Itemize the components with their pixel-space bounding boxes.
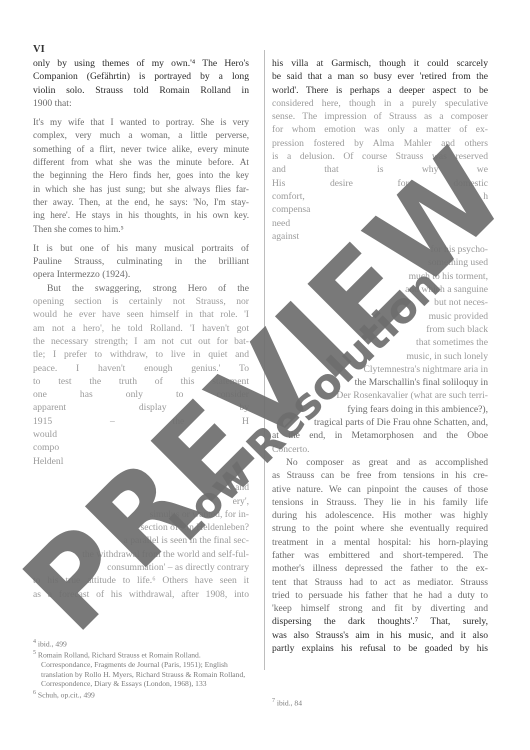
- text-line: only by using themes of my own.'⁴ The He…: [33, 57, 249, 70]
- footnote: 7 ibid., 84: [272, 697, 488, 708]
- text-line: [33, 468, 249, 481]
- text-line: and: [33, 481, 249, 494]
- text-line: tent that Strauss had to act as mediator…: [272, 576, 488, 589]
- text-line: would: [33, 428, 249, 441]
- text-line: pression fostered by Alma Mahler and oth…: [272, 137, 488, 150]
- text-line: tragical parts of Die Frau ohne Schatten…: [272, 416, 488, 429]
- left-column: only by using themes of my own.'⁴ The He…: [33, 57, 249, 601]
- text-line: for his psycho-: [272, 243, 488, 256]
- text-line: But the swaggering, strong Hero of the: [33, 282, 249, 295]
- text-line: music, in such lonely: [272, 350, 488, 363]
- text-line: the necessary strength; I am not cut out…: [33, 335, 249, 348]
- text-line: different from what she was the minute b…: [33, 156, 249, 169]
- text-line: something used: [272, 256, 488, 269]
- text-line: be said that a man so busy ever 'retired…: [272, 70, 488, 83]
- text-line: ing here'. He stays in his thoughts, in …: [33, 209, 249, 222]
- text-line: peace. I haven't enough genius.' To: [33, 362, 249, 375]
- footnote-text: ibid., 84: [275, 699, 302, 708]
- text-line: world'. There is perhaps a deeper aspect…: [272, 84, 488, 97]
- text-line: Clytemnestra's nightmare aria in: [272, 363, 488, 376]
- page-number: VI: [33, 44, 45, 55]
- text-line: from such black: [272, 323, 488, 336]
- text-line: against: [272, 230, 488, 243]
- text-line: as Strauss can be free from tensions in …: [272, 469, 488, 482]
- text-line: strung to the point where she eventually…: [272, 522, 488, 535]
- text-line: during his adolescence. His mother was h…: [272, 509, 488, 522]
- text-line: considered here, though in a purely spec…: [272, 97, 488, 110]
- text-line: his villa at Garmisch, though it could s…: [272, 57, 488, 70]
- text-line: the beginning the Hero finds her, goes i…: [33, 169, 249, 182]
- text-line: Pauline Strauss, culminating in the bril…: [33, 255, 249, 268]
- text-line: ative nature. We can pinpoint the causes…: [272, 483, 488, 496]
- text-line: 'keep himself strong and fit by divertin…: [272, 602, 488, 615]
- text-line: sense. The impression of Strauss as a co…: [272, 110, 488, 123]
- text-line: complex, very much a woman, a little per…: [33, 129, 249, 142]
- text-line: father was embittered and short-tempered…: [272, 549, 488, 562]
- text-line: a parallel is seen in the final sec-: [33, 534, 249, 547]
- footnote: 5 Romain Rolland, Richard Strauss et Rom…: [33, 649, 249, 689]
- right-column: his villa at Garmisch, though it could s…: [272, 57, 488, 655]
- footnote-text: Schuh, op.cit., 499: [36, 691, 95, 700]
- text-line: treatment in a mental hospital: his horn…: [272, 536, 488, 549]
- text-line: Concerto.: [272, 443, 488, 456]
- text-line: opening section is certainly not Strauss…: [33, 295, 249, 308]
- text-line: dispersing the dark thoughts'.⁷ That, su…: [272, 615, 488, 628]
- left-footnotes: 4 ibid., 4995 Romain Rolland, Richard St…: [33, 638, 249, 700]
- text-line: apparent display by: [33, 401, 249, 414]
- text-line: mother's illness depressed the father to…: [272, 562, 488, 575]
- text-line: music provided: [272, 310, 488, 323]
- text-line: partly explains his refusal to be goaded…: [272, 642, 488, 655]
- text-line: 1915 – the H: [33, 415, 249, 428]
- text-line: as a forecast of his withdrawal, after 1…: [33, 588, 249, 601]
- text-line: and which a sanguine: [272, 283, 488, 296]
- footnote: 4 ibid., 499: [33, 638, 249, 649]
- text-line: ery',: [33, 495, 249, 508]
- text-line: Companion (Gefährtin) is portrayed by a …: [33, 70, 249, 83]
- text-line: Heldenl: [33, 455, 249, 468]
- text-line: consummation' – as directly contrary: [33, 561, 249, 574]
- text-line: tried to persuade his father that he had…: [272, 589, 488, 602]
- text-line: No composer as great and as accomplished: [272, 456, 488, 469]
- text-line: would he ever have seen himself in that …: [33, 308, 249, 321]
- text-line: compo: [33, 441, 249, 454]
- text-line: was also Strauss's aim in his music, and…: [272, 629, 488, 642]
- text-line: to his true attitude to life.⁶ Others ha…: [33, 574, 249, 587]
- text-line: but not neces-: [272, 296, 488, 309]
- text-line: the withdrawal from the world and self-f…: [33, 548, 249, 561]
- text-line: something of a flirt, never twice alike,…: [33, 143, 249, 156]
- text-line: His desire for domestic: [272, 177, 488, 190]
- text-line: to test the truth of this statement: [33, 375, 249, 388]
- text-line: and that is why we: [272, 163, 488, 176]
- text-line: fying fears doing in this ambience?),: [272, 403, 488, 416]
- text-line: the Marschallin's final soliloquy in: [272, 376, 488, 389]
- text-line: violin solo. Strauss told Romain Rolland…: [33, 84, 249, 97]
- text-line: section of Ein Heldenleben?: [33, 521, 249, 534]
- text-line: tle; I prefer to withdraw, to live in qu…: [33, 348, 249, 361]
- right-footnotes: 7 ibid., 84: [272, 697, 488, 708]
- text-line: in which she has just sung; but she alwa…: [33, 183, 249, 196]
- text-line: ther away. Then, at the end, he says: 'N…: [33, 196, 249, 209]
- document-page: VI only by using themes of my own.'⁴ The…: [0, 0, 530, 750]
- footnote: 6 Schuh, op.cit., 499: [33, 689, 249, 700]
- text-line: It is but one of his many musical portra…: [33, 242, 249, 255]
- text-line: Then she comes to him.⁵: [33, 223, 249, 236]
- text-line: need: [272, 217, 488, 230]
- text-line: at the end, in Metamorphosen and the Obo…: [272, 429, 488, 442]
- text-line: compensa: [272, 203, 488, 216]
- text-line: opera Intermezzo (1924).: [33, 268, 249, 281]
- text-line: one has only to consider: [33, 388, 249, 401]
- text-line: am not a hero', he told Rolland. 'I have…: [33, 322, 249, 335]
- text-line: 1900 that:: [33, 97, 249, 110]
- text-line: is a delusion. Of course Strauss was res…: [272, 150, 488, 163]
- footnote-text: Romain Rolland, Richard Strauss et Romai…: [36, 651, 245, 689]
- text-line: Der Rosenkavalier (what are such terri-: [272, 389, 488, 402]
- footnote-text: ibid., 499: [36, 640, 67, 649]
- text-line: comfort, h: [272, 190, 488, 203]
- text-line: simulus or wanted, for in-: [33, 508, 249, 521]
- text-line: much to his torment,: [272, 270, 488, 283]
- text-line: tensions in Strauss. They lie in his fam…: [272, 496, 488, 509]
- text-line: for whom emotion was only a matter of ex…: [272, 123, 488, 136]
- text-line: It's my wife that I wanted to portray. S…: [33, 116, 249, 129]
- column-divider: [264, 50, 265, 670]
- text-line: that sometimes the: [272, 336, 488, 349]
